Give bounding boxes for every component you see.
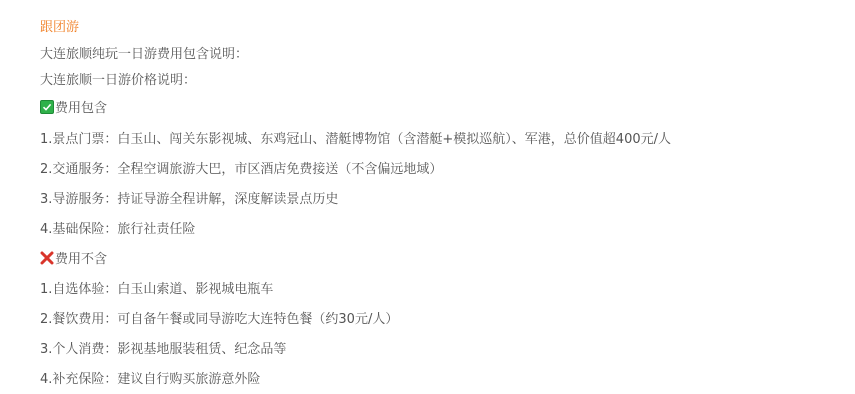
- intro-line-2: 大连旅顺一日游价格说明：: [40, 72, 196, 90]
- included-item: 4.基础保险：旅行社责任险: [40, 221, 195, 239]
- included-item: 3.导游服务：持证导游全程讲解，深度解读景点历史: [40, 191, 338, 209]
- excluded-item: 2.餐饮费用：可自备午餐或同导游吃大连特色餐（约30元/人）: [40, 311, 398, 329]
- included-heading: 费用包含: [40, 100, 107, 118]
- excluded-heading-label: 费用不含: [55, 252, 107, 267]
- included-item: 1.景点门票：白玉山、闯关东影视城、东鸡冠山、潜艇博物馆（含潜艇+模拟巡航）、军…: [40, 131, 671, 149]
- excluded-item: 4.补充保险：建议自行购买旅游意外险: [40, 371, 260, 389]
- cross-mark-icon: [40, 251, 54, 265]
- check-mark-icon: [40, 100, 54, 114]
- excluded-item: 3.个人消费：影视基地服装租赁、纪念品等: [40, 341, 286, 359]
- excluded-heading: 费用不含: [40, 251, 107, 269]
- included-item: 2.交通服务：全程空调旅游大巴，市区酒店免费接送（不含偏远地域）: [40, 161, 442, 179]
- excluded-item: 1.自选体验：白玉山索道、影视城电瓶车: [40, 281, 273, 299]
- included-heading-label: 费用包含: [55, 101, 107, 116]
- intro-line-1: 大连旅顺纯玩一日游费用包含说明：: [40, 46, 248, 64]
- section-title: 跟团游: [40, 19, 79, 37]
